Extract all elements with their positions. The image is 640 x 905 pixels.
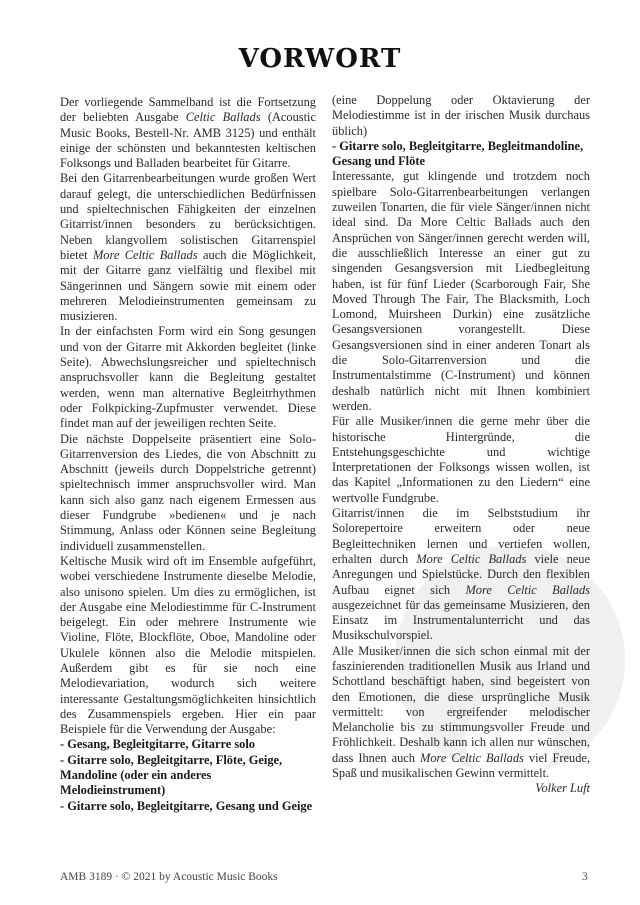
book-title: More Celtic Ballads xyxy=(93,248,198,262)
book-title: Celtic Ballads xyxy=(186,110,261,124)
paragraph-vocal-versions: Interessante, gut klingende und trotzdem… xyxy=(332,169,590,414)
paragraph-solo-version: Die nächste Doppelseite präsentiert eine… xyxy=(60,432,316,554)
example-item: - Gitarre solo, Begleitgitarre, Flöte, G… xyxy=(60,753,316,799)
example-item: - Gesang, Begleitgitarre, Gitarre solo xyxy=(60,737,316,752)
example-item: - Gitarre solo, Begleitgitarre, Gesang u… xyxy=(60,799,316,814)
page-title: VORWORT xyxy=(0,44,640,74)
book-title: More Celtic Ballads xyxy=(420,751,524,765)
example-item: - Gitarre solo, Begleitgitarre, Begleitm… xyxy=(332,139,590,170)
book-title: More Celtic Ballads xyxy=(416,552,526,566)
author-signature: Volker Luft xyxy=(332,781,590,796)
paragraph-simple-form: In der einfachsten Form wird ein Song ge… xyxy=(60,324,316,431)
left-column: Der vorliegende Sammelband ist die Forts… xyxy=(60,95,316,814)
paragraph-background-info: Für alle Musiker/innen die gerne mehr üb… xyxy=(332,414,590,506)
paragraph-arrangements: Bei den Gitarrenbearbeitungen wurde groß… xyxy=(60,171,316,324)
book-title: More Celtic Ballads xyxy=(465,583,590,597)
document-page: VORWORT Der vorliegende Sammelband ist d… xyxy=(0,0,640,905)
paragraph-ensemble: Keltische Musik wird oft im Ensemble auf… xyxy=(60,554,316,738)
footer-copyright: AMB 3189 · © 2021 by Acoustic Music Book… xyxy=(60,871,278,883)
paragraph-closing: Alle Musiker/innen die sich schon einmal… xyxy=(332,644,590,782)
right-column: (eine Doppelung oder Oktavierung der Mel… xyxy=(332,93,590,797)
paragraph-doubling-note: (eine Doppelung oder Oktavierung der Mel… xyxy=(332,93,590,139)
paragraph-self-study: Gitarrist/innen die im Selbststudium ihr… xyxy=(332,506,590,644)
page-number: 3 xyxy=(582,871,588,883)
paragraph-intro: Der vorliegende Sammelband ist die Forts… xyxy=(60,95,316,171)
